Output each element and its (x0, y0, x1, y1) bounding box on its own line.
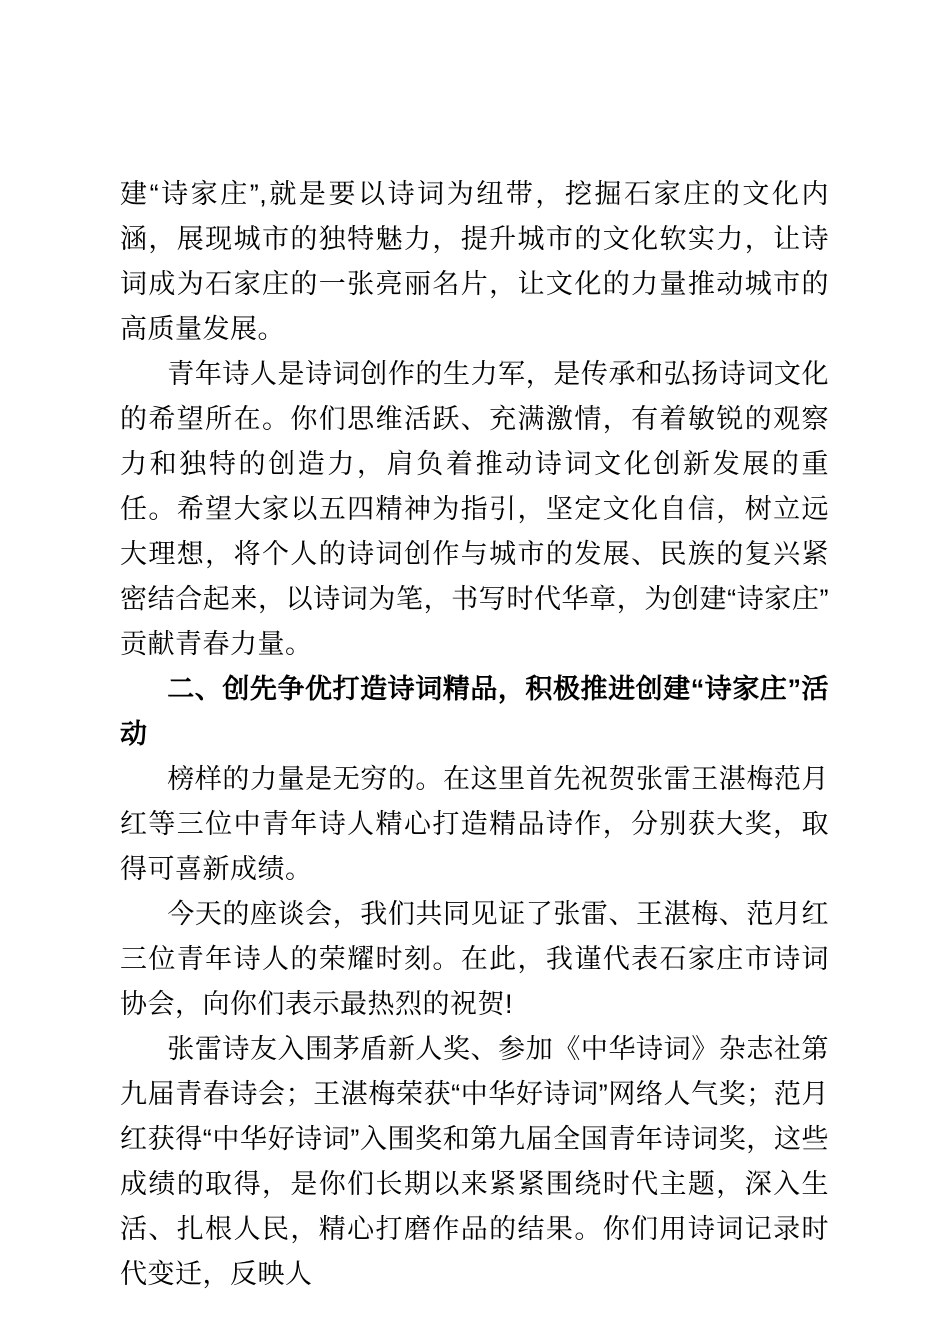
paragraph: 建“诗家庄”,就是要以诗词为纽带，挖掘石家庄的文化内涵，展现城市的独特魅力，提升… (120, 172, 829, 352)
document-page: 建“诗家庄”,就是要以诗词为纽带，挖掘石家庄的文化内涵，展现城市的独特魅力，提升… (0, 0, 950, 1344)
paragraph: 今天的座谈会，我们共同见证了张雷、王湛梅、范月红三位青年诗人的荣耀时刻。在此，我… (120, 892, 829, 1027)
paragraph: 榜样的力量是无穷的。在这里首先祝贺张雷王湛梅范月红等三位中青年诗人精心打造精品诗… (120, 757, 829, 892)
paragraph: 青年诗人是诗词创作的生力军，是传承和弘扬诗词文化的希望所在。你们思维活跃、充满激… (120, 352, 829, 667)
section-heading: 二、创先争优打造诗词精品，积极推进创建“诗家庄”活动 (120, 667, 829, 757)
document-body: 建“诗家庄”,就是要以诗词为纽带，挖掘石家庄的文化内涵，展现城市的独特魅力，提升… (120, 172, 829, 1297)
paragraph: 张雷诗友入围茅盾新人奖、参加《中华诗词》杂志社第九届青春诗会；王湛梅荣获“中华好… (120, 1027, 829, 1297)
